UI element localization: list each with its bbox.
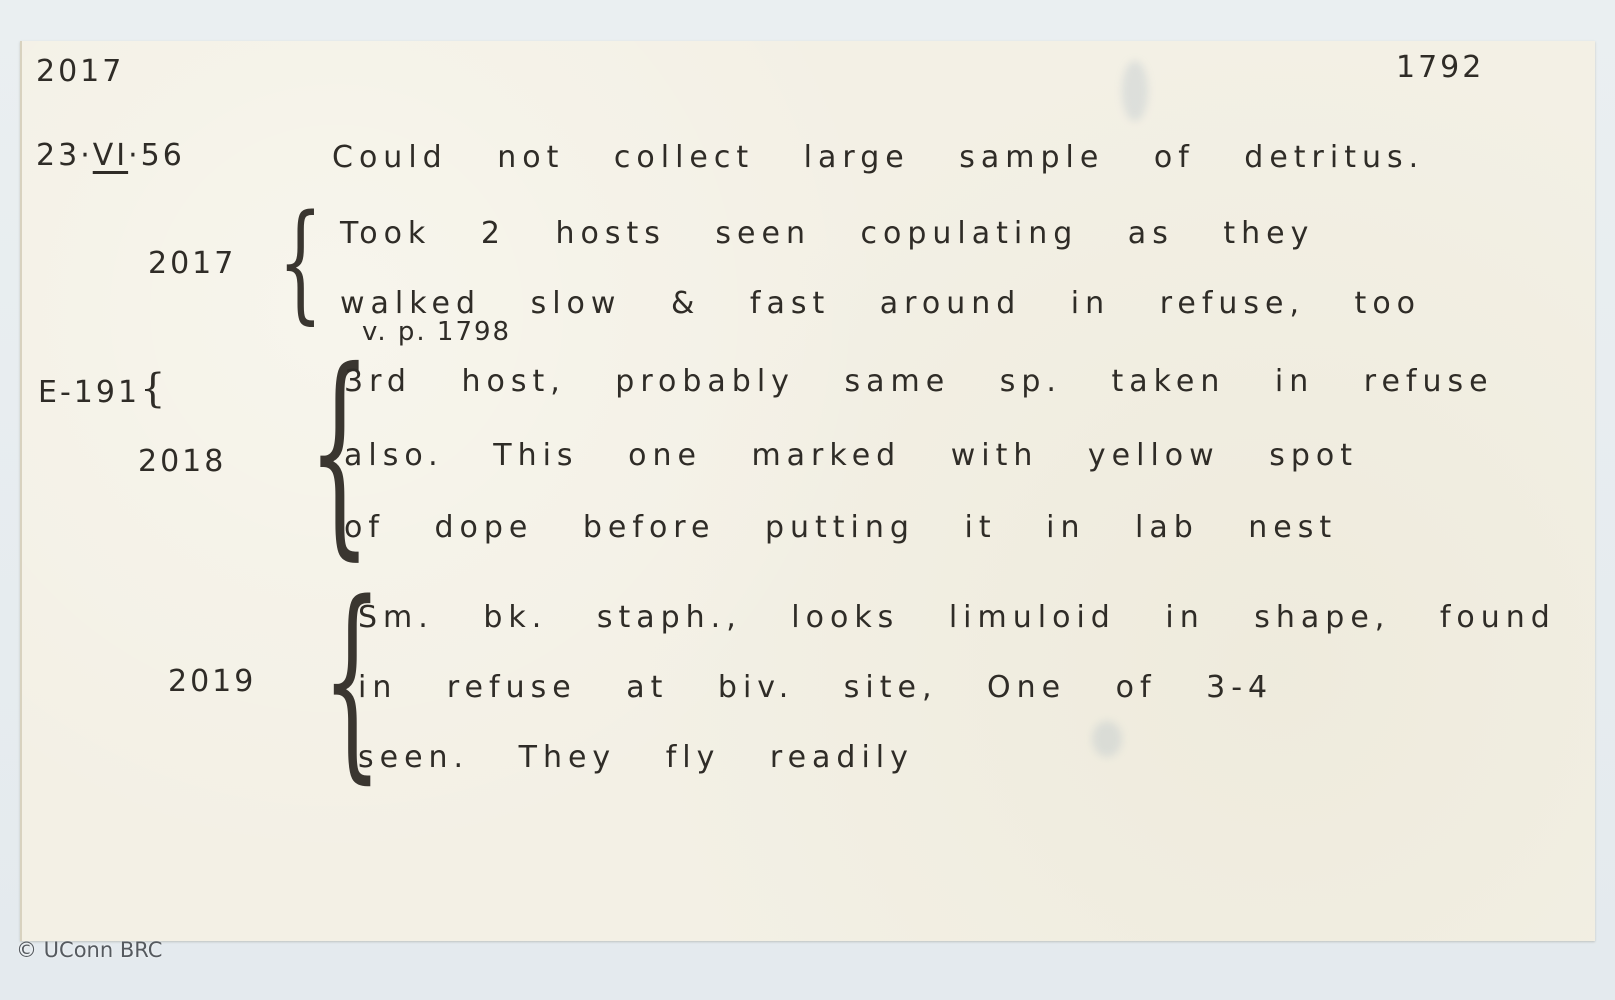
entry-label-2019: 2019 bbox=[168, 667, 256, 697]
ink-stain bbox=[1092, 721, 1122, 757]
entry-date: 23·VI·56 bbox=[36, 141, 185, 171]
entry-text-line: Took 2 hosts seen copulating as they bbox=[340, 219, 1314, 249]
entry-text-line: of dope before putting it in lab nest bbox=[344, 513, 1337, 543]
scan-viewer: 2017 1792 23·VI·56 Could not collect lar… bbox=[0, 0, 1615, 1000]
entry-label-2017: 2017 bbox=[148, 249, 236, 279]
small-brace-icon: { bbox=[140, 366, 168, 412]
entry-text-line: also. This one marked with yellow spot bbox=[344, 441, 1358, 471]
ink-stain bbox=[1122, 61, 1148, 121]
entry-text-line: Could not collect large sample of detrit… bbox=[332, 143, 1424, 173]
entry-text-line: in refuse at biv. site, One of 3-4 bbox=[358, 673, 1273, 703]
card-number-left: 2017 bbox=[36, 57, 124, 87]
brace-icon: { bbox=[278, 199, 323, 327]
entry-label-2018: 2018 bbox=[138, 447, 226, 477]
index-card: 2017 1792 23·VI·56 Could not collect lar… bbox=[20, 41, 1595, 941]
copyright-notice: © UConn BRC bbox=[16, 938, 162, 962]
cross-reference-note: v. p. 1798 bbox=[362, 319, 511, 345]
card-number-right: 1792 bbox=[1396, 53, 1484, 83]
entry-text-line: walked slow & fast around in refuse, too bbox=[340, 289, 1421, 319]
entry-text-line: Sm. bk. staph., looks limuloid in shape,… bbox=[358, 603, 1556, 633]
margin-label-e191: E-191{ bbox=[38, 369, 169, 409]
entry-text-line: 3rd host, probably same sp. taken in ref… bbox=[344, 367, 1494, 397]
entry-text-line: seen. They fly readily bbox=[358, 743, 914, 773]
